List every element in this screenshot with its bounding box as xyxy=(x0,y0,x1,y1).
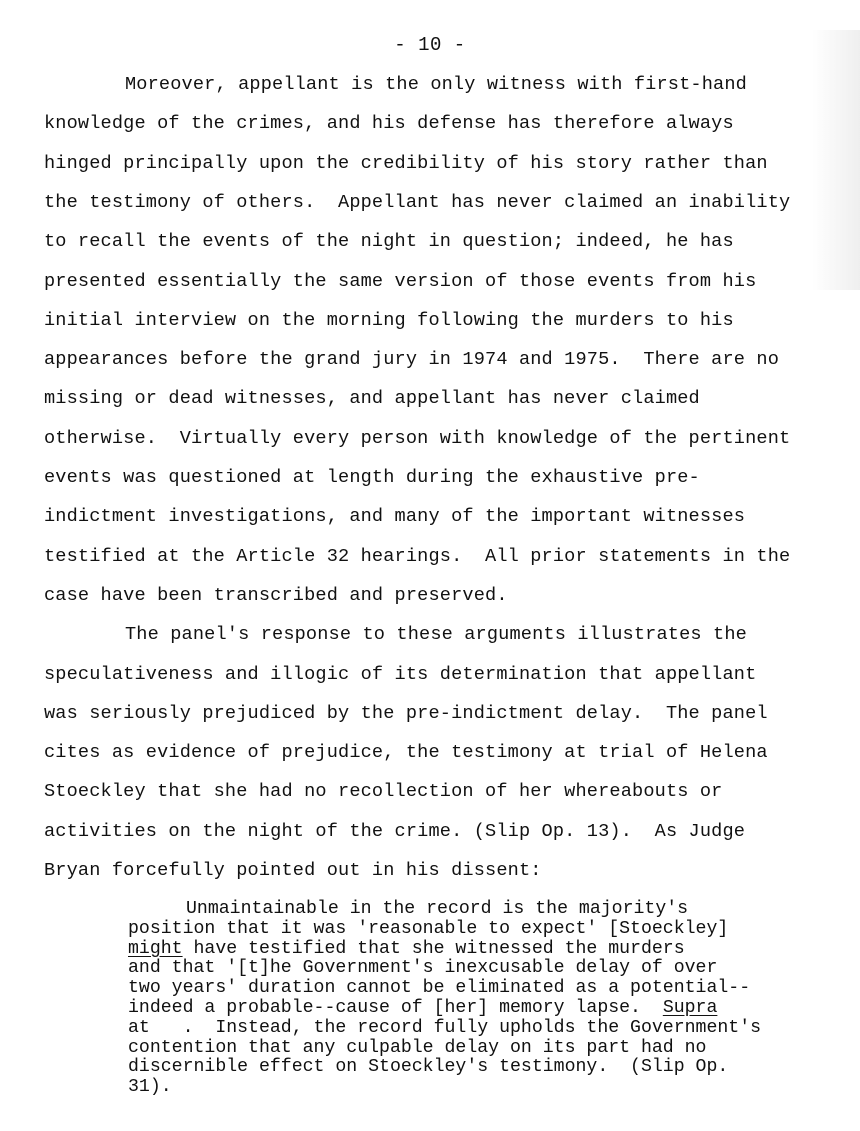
body-line: appearances before the grand jury in 197… xyxy=(44,349,779,370)
quote-line: might have testified that she witnessed … xyxy=(128,940,828,960)
block-quote: Unmaintainable in the record is the majo… xyxy=(128,900,828,1098)
body-line: The panel's response to these arguments … xyxy=(125,624,747,645)
body-line: activities on the night of the crime. (S… xyxy=(44,821,745,842)
quote-line: contention that any culpable delay on it… xyxy=(128,1039,828,1059)
quote-line: Unmaintainable in the record is the majo… xyxy=(128,900,828,920)
body-line: Moreover, appellant is the only witness … xyxy=(125,74,747,95)
body-line: speculativeness and illogic of its deter… xyxy=(44,664,756,685)
body-line: initial interview on the morning followi… xyxy=(44,310,734,331)
quote-line: position that it was 'reasonable to expe… xyxy=(128,920,828,940)
body-line: was seriously prejudiced by the pre-indi… xyxy=(44,703,768,724)
body-line: cites as evidence of prejudice, the test… xyxy=(44,742,768,763)
quote-line: and that '[t]he Government's inexcusable… xyxy=(128,959,828,979)
body-line: hinged principally upon the credibility … xyxy=(44,153,768,174)
body-line: to recall the events of the night in que… xyxy=(44,231,734,252)
body-line: presented essentially the same version o… xyxy=(44,271,756,292)
body-line: indictment investigations, and many of t… xyxy=(44,506,745,527)
quote-line: discernible effect on Stoeckley's testim… xyxy=(128,1058,828,1078)
page-number: - 10 - xyxy=(0,34,860,56)
quote-line: two years' duration cannot be eliminated… xyxy=(128,979,828,999)
body-line: knowledge of the crimes, and his defense… xyxy=(44,113,734,134)
quote-line: at . Instead, the record fully upholds t… xyxy=(128,1019,828,1039)
quote-line: 31). xyxy=(128,1078,828,1098)
body-line: case have been transcribed and preserved… xyxy=(44,585,508,606)
body-line: otherwise. Virtually every person with k… xyxy=(44,428,790,449)
underlined-might: might xyxy=(128,939,183,959)
quote-line: indeed a probable--cause of [her] memory… xyxy=(128,999,828,1019)
body-line: missing or dead witnesses, and appellant… xyxy=(44,388,700,409)
body-line: the testimony of others. Appellant has n… xyxy=(44,192,790,213)
body-line: testified at the Article 32 hearings. Al… xyxy=(44,546,790,567)
underlined-supra: Supra xyxy=(663,998,718,1018)
body-line: Stoeckley that she had no recollection o… xyxy=(44,781,722,802)
body-line: Bryan forcefully pointed out in his diss… xyxy=(44,860,542,881)
body-line: events was questioned at length during t… xyxy=(44,467,700,488)
scan-shading xyxy=(812,30,860,290)
